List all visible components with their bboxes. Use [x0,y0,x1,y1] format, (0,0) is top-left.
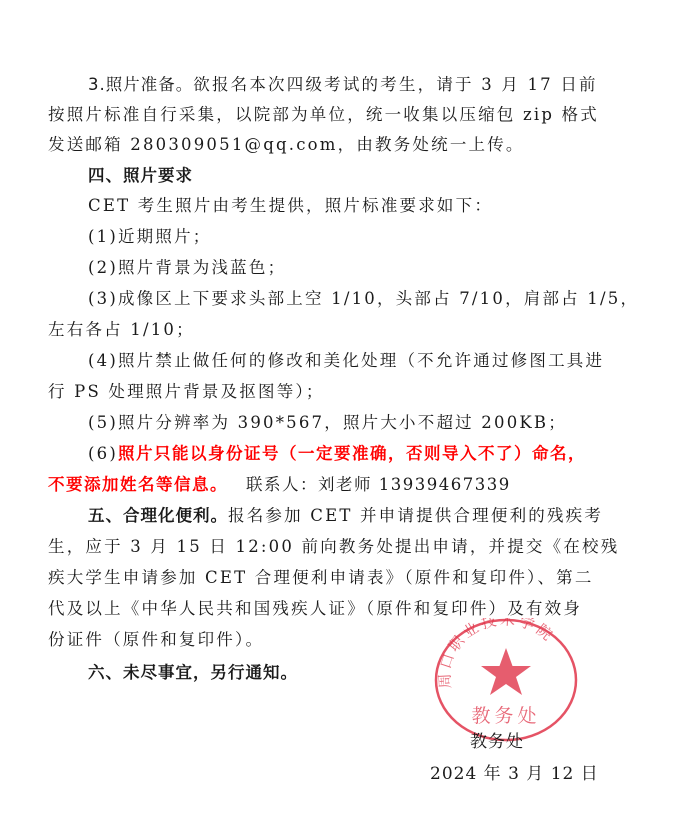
section5-line4: 代及以上《中华人民共和国残疾人证》（原件和复印件）及有效身 [48,598,608,620]
requirement-item-1: (1)近期照片； [88,226,608,248]
section5-line1: 五、合理化便利。报名参加 CET 并申请提供合理便利的残疾考 [88,505,608,527]
section3-lead: 3.照片准备。 [88,75,193,94]
signature-office: 教务处 [470,727,524,752]
official-stamp: 周口职业技术学院 教务处 [434,618,578,742]
section3-line2: 按照片标准自行采集，以院部为单位，统一收集以压缩包 zip 格式 [48,104,608,126]
requirement-item-3-cont: 左右各占 1/10； [48,319,608,341]
item6-emphasis-cont: 不要添加姓名等信息。 [48,475,228,494]
section5-text: 报名参加 CET 并申请提供合理便利的残疾考 [228,506,603,525]
document-page: 3.照片准备。欲报名本次四级考试的考生，请于 3 月 17 日前 按照片标准自行… [0,0,673,819]
item6-emphasis: 照片只能以身份证号（一定要准确，否则导入不了）命名， [118,444,586,463]
section4-intro: CET 考生照片由考生提供，照片标准要求如下： [88,195,608,217]
section3-line3: 发送邮箱 280309051@qq.com，由教务处统一上传。 [48,134,608,156]
requirement-item-3: (3)成像区上下要求头部上空 1/10，头部占 7/10，肩部占 1/5， [88,288,608,310]
requirement-item-4: (4)照片禁止做任何的修改和美化处理（不允许通过修图工具进 [88,350,608,372]
requirement-item-6-cont: 不要添加姓名等信息。联系人：刘老师 13939467339 [48,474,608,496]
contact-info: 联系人：刘老师 13939467339 [246,475,511,494]
section3-text: 欲报名本次四级考试的考生，请于 3 月 17 日前 [193,75,597,94]
stamp-seal-icon: 周口职业技术学院 教务处 [434,618,578,742]
section5-line2: 生，应于 3 月 15 日 12:00 前向教务处提出申请，并提交《在校残 [48,536,608,558]
item6-prefix: (6) [88,444,118,463]
requirement-item-4-cont: 行 PS 处理照片背景及抠图等）； [48,381,608,403]
document-date: 2024 年 3 月 12 日 [430,759,599,784]
section4-heading: 四、照片要求 [88,165,608,187]
requirement-item-5: (5)照片分辨率为 390*567，照片大小不超过 200KB； [88,412,608,434]
section5-line3: 疾大学生申请参加 CET 合理便利申请表》（原件和复印件）、第二 [48,567,608,589]
stamp-bottom-text: 教务处 [471,705,540,727]
section3-line1: 3.照片准备。欲报名本次四级考试的考生，请于 3 月 17 日前 [88,74,608,96]
section5-heading: 五、合理化便利。 [88,506,228,525]
requirement-item-6: (6)照片只能以身份证号（一定要准确，否则导入不了）命名， [88,443,608,465]
requirement-item-2: (2)照片背景为浅蓝色； [88,257,608,279]
